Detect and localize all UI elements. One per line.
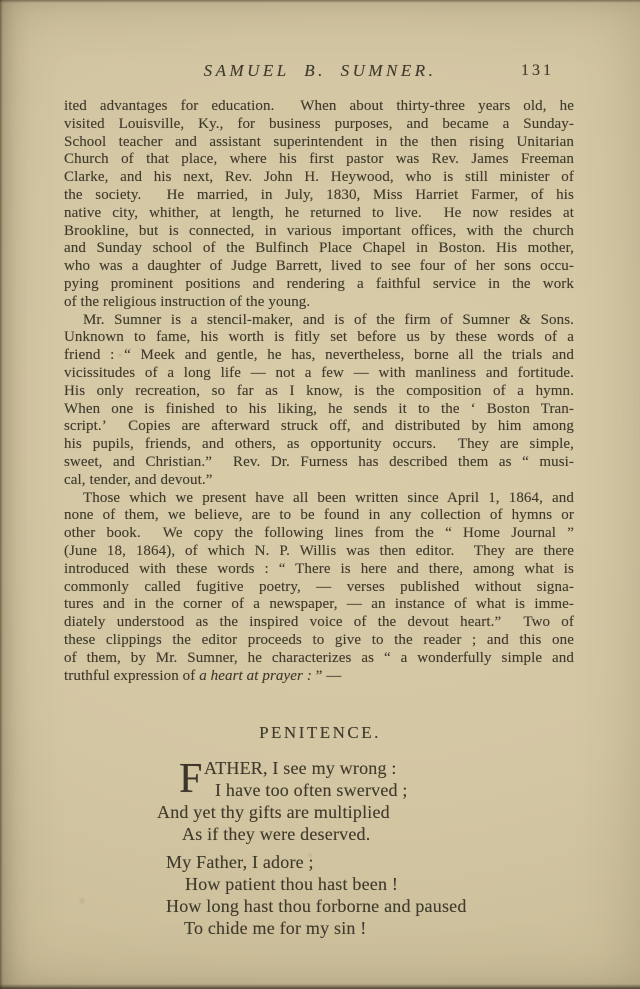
- drop-cap-letter: F: [179, 758, 203, 800]
- body-text: ited advantages for education. When abou…: [64, 98, 574, 685]
- text-line: of them, by Mr. Sumner, he characterizes…: [64, 650, 574, 668]
- poem-line: My Father, I adore ;: [157, 851, 467, 873]
- page-number: 131: [521, 62, 554, 80]
- paragraph: Mr. Sumner is a stencil-maker, and is of…: [64, 312, 574, 490]
- text-line: tures and in the corner of a newspaper, …: [64, 596, 574, 614]
- text-line: Unknown to fame, his worth is fitly set …: [64, 329, 574, 347]
- text-line: pying prominent positions and rendering …: [64, 276, 574, 294]
- poem-line: ATHER, I see my wrong :: [157, 757, 467, 779]
- text-line: Mr. Sumner is a stencil-maker, and is of…: [64, 312, 574, 330]
- text-line: diately understood as the inspired voice…: [64, 614, 574, 632]
- text-line: these clippings the editor proceeds to g…: [64, 632, 574, 650]
- text-line: Brookline, but is connected, in various …: [64, 223, 574, 241]
- scanned-book-page: SAMUEL B. SUMNER. 131 ited advantages fo…: [0, 0, 640, 989]
- stanza: My Father, I adore ;How patient thou has…: [157, 851, 467, 939]
- poem-line: To chide me for my sin !: [157, 917, 467, 939]
- text-line: and Sunday school of the Bulfinch Place …: [64, 240, 574, 258]
- page-bottom-edge: [0, 984, 640, 989]
- text-line: School teacher and assistant superintend…: [64, 134, 574, 152]
- text-line: the society. He married, in July, 1830, …: [64, 187, 574, 205]
- text-line: native city, whither, at length, he retu…: [64, 205, 574, 223]
- text-line: who was a daughter of Judge Barrett, liv…: [64, 258, 574, 276]
- text-line: sweet, and Christian.” Rev. Dr. Furness …: [64, 454, 574, 472]
- text-line: none of them, we believe, are to be foun…: [64, 507, 574, 525]
- text-line: vicissitudes of a long life — not a few …: [64, 365, 574, 383]
- poem-line: How long hast thou forborne and paused: [157, 895, 467, 917]
- text-line: of the religious instruction of the youn…: [64, 294, 574, 312]
- text-line: truthful expression of a heart at prayer…: [64, 668, 574, 686]
- text-line: introduced with these words : “ There is…: [64, 561, 574, 579]
- text-line: (June 18, 1864), of which N. P. Willis w…: [64, 543, 574, 561]
- text-line: When one is finished to his liking, he s…: [64, 401, 574, 419]
- text-line: his pupils, friends, and others, as oppo…: [64, 436, 574, 454]
- paragraph: ited advantages for education. When abou…: [64, 98, 574, 312]
- text-line: friend : “ Meek and gentle, he has, neve…: [64, 347, 574, 365]
- page-top-edge: [0, 0, 640, 3]
- hymn-title: PENITENCE.: [0, 723, 640, 743]
- stanza: ATHER, I see my wrong :I have too often …: [157, 757, 467, 845]
- paragraph: Those which we present have all been wri…: [64, 490, 574, 686]
- page-left-edge: [0, 0, 3, 989]
- text-line: Church of that place, where his first pa…: [64, 151, 574, 169]
- poem-line: I have too often swerved ;: [157, 779, 467, 801]
- text-line: cal, tender, and devout.”: [64, 472, 574, 490]
- poem-line: As if they were deserved.: [157, 823, 467, 845]
- poem-stanzas: ATHER, I see my wrong :I have too often …: [157, 757, 467, 939]
- poem-line: And yet thy gifts are multiplied: [157, 801, 467, 823]
- text-line: Those which we present have all been wri…: [64, 490, 574, 508]
- text-line: other book. We copy the following lines …: [64, 525, 574, 543]
- text-line: visited Louisville, Ky., for business pu…: [64, 116, 574, 134]
- text-line: His only recreation, so far as I know, i…: [64, 383, 574, 401]
- poem-line: How patient thou hast been !: [157, 873, 467, 895]
- hymn-poem: F ATHER, I see my wrong :I have too ofte…: [157, 757, 467, 939]
- text-line: Clarke, and his next, Rev. John H. Heywo…: [64, 169, 574, 187]
- text-line: script.’ Copies are afterward struck off…: [64, 418, 574, 436]
- text-line: commonly called fugitive poetry, — verse…: [64, 579, 574, 597]
- text-line: ited advantages for education. When abou…: [64, 98, 574, 116]
